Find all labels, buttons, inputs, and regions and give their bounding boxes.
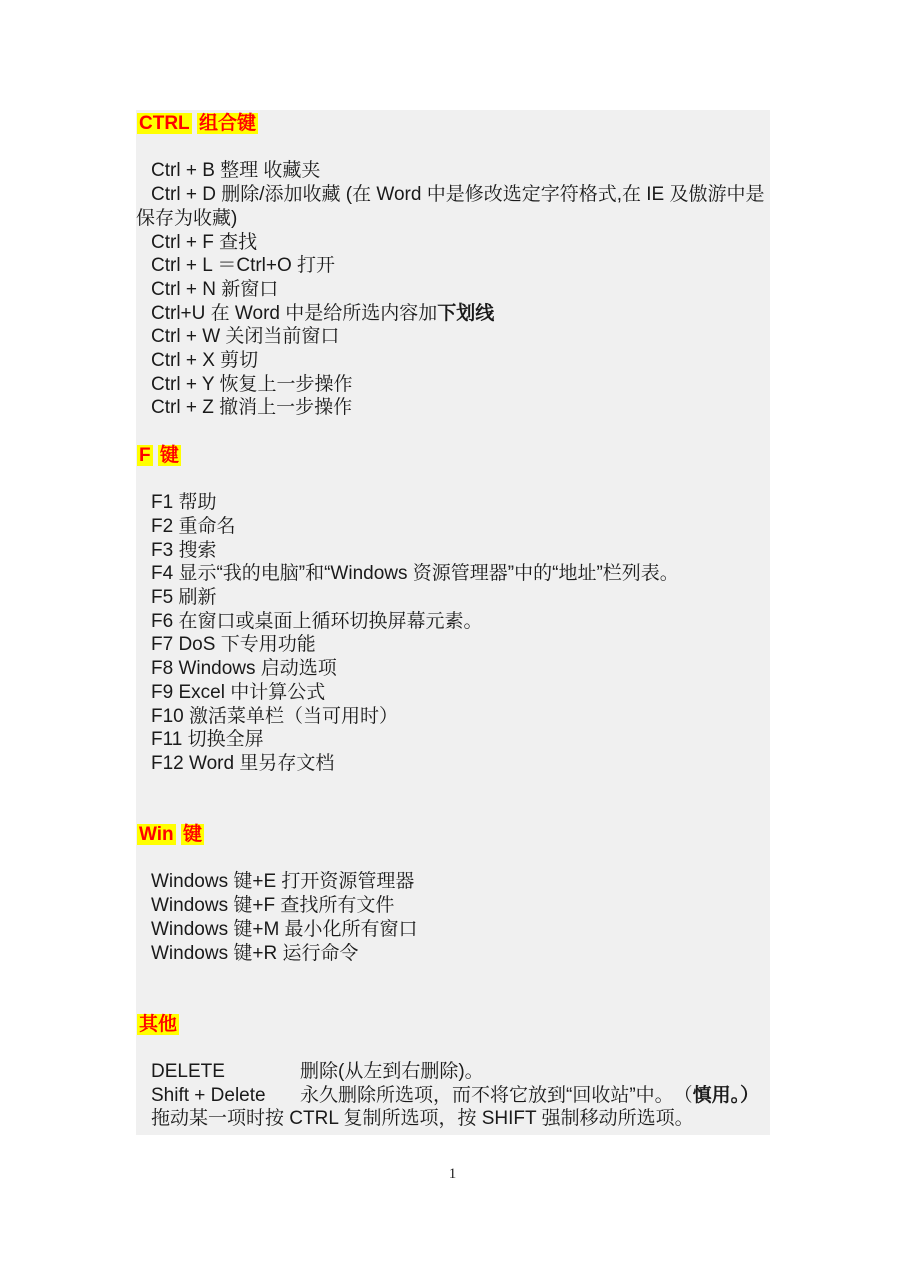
text: 删除(从左到右删除)。 <box>300 1061 484 1082</box>
shortcut-line: Windows 键+F 查找所有文件 <box>136 894 770 918</box>
text: Windows 键+E 打开资源管理器 <box>151 871 414 892</box>
section-heading-win: Win 键 <box>136 823 770 847</box>
shortcut-row: Shift + Delete永久删除所选项，而不将它放到“回收站”中。 （慎用。… <box>136 1084 770 1108</box>
shortcut-line: 拖动某一项时按 CTRL 复制所选项，按 SHIFT 强制移动所选项。 <box>136 1107 770 1131</box>
heading-highlight: 组合键 <box>197 113 258 134</box>
shortcut-line: F4 显示“我的电脑”和“Windows 资源管理器”中的“地址”栏列表。 <box>136 562 770 586</box>
text: F5 刷新 <box>151 587 216 608</box>
section-heading-ctrl: CTRL 组合键 <box>136 112 770 136</box>
text: F7 DoS 下专用功能 <box>151 634 316 655</box>
text: F8 Windows 启动选项 <box>151 658 337 679</box>
shortcut-line: F1 帮助 <box>136 491 770 515</box>
text: F11 切换全屏 <box>151 729 264 750</box>
shortcut-line: F7 DoS 下专用功能 <box>136 633 770 657</box>
heading-highlight: 键 <box>181 824 204 845</box>
text: F2 重命名 <box>151 516 235 537</box>
document-page: { "page": { "number": "1" }, "colors": {… <box>0 0 905 1280</box>
shortcut-line: Ctrl + N 新窗口 <box>136 278 770 302</box>
shortcut-line: F10 激活菜单栏（当可用时） <box>136 705 770 729</box>
text: F9 Excel 中计算公式 <box>151 682 325 703</box>
text: Windows 键+M 最小化所有窗口 <box>151 919 418 940</box>
shortcut-line: F9 Excel 中计算公式 <box>136 681 770 705</box>
heading-highlight: F <box>137 445 153 466</box>
text: 永久删除所选项，而不将它放到“回收站”中。 （ <box>300 1085 693 1106</box>
shortcut-line: F5 刷新 <box>136 586 770 610</box>
section-heading-f: F 键 <box>136 444 770 468</box>
page-footer: 1 <box>0 1166 905 1183</box>
shortcut-line: Windows 键+R 运行命令 <box>136 942 770 966</box>
text: F6 在窗口或桌面上循环切换屏幕元素。 <box>151 611 482 632</box>
shortcut-line: F12 Word 里另存文档 <box>136 752 770 776</box>
shortcut-key: DELETE <box>151 1060 300 1084</box>
content-area: CTRL 组合键Ctrl + B 整理 收藏夹Ctrl + D 删除/添加收藏 … <box>136 110 770 1135</box>
bold-text: 慎用。） <box>693 1085 760 1106</box>
text: Ctrl + D 删除/添加收藏 (在 Word 中是修改选定字符格式,在 IE… <box>136 184 764 229</box>
shortcut-line: Ctrl + F 查找 <box>136 231 770 255</box>
shortcut-line: Ctrl + W 关闭当前窗口 <box>136 325 770 349</box>
text: Ctrl + N 新窗口 <box>151 279 278 300</box>
text: F1 帮助 <box>151 492 216 513</box>
page-number: 1 <box>449 1166 457 1182</box>
text: F12 Word 里另存文档 <box>151 753 334 774</box>
text: Ctrl + W 关闭当前窗口 <box>151 326 339 347</box>
text: Ctrl + F 查找 <box>151 232 257 253</box>
heading-highlight: 其他 <box>137 1014 179 1035</box>
shortcut-line: F2 重命名 <box>136 515 770 539</box>
shortcut-line: Windows 键+M 最小化所有窗口 <box>136 918 770 942</box>
shortcut-line: F11 切换全屏 <box>136 728 770 752</box>
text: Ctrl + Y 恢复上一步操作 <box>151 374 352 395</box>
shortcut-key: Shift + Delete <box>151 1084 300 1108</box>
text: F3 搜索 <box>151 540 216 561</box>
text: F4 显示“我的电脑”和“Windows 资源管理器”中的“地址”栏列表。 <box>151 563 679 584</box>
section-ctrl: CTRL 组合键Ctrl + B 整理 收藏夹Ctrl + D 删除/添加收藏 … <box>136 112 770 420</box>
text: Ctrl+U 在 Word 中是给所选内容加 <box>151 303 437 324</box>
heading-highlight: Win <box>137 824 176 845</box>
shortcut-line: Ctrl+U 在 Word 中是给所选内容加下划线 <box>136 302 770 326</box>
text: Ctrl + L ＝Ctrl+O 打开 <box>151 255 335 276</box>
section-f: F 键F1 帮助F2 重命名F3 搜索F4 显示“我的电脑”和“Windows … <box>136 444 770 776</box>
bold-text: 下划线 <box>437 303 494 324</box>
section-other: 其他DELETE删除(从左到右删除)。Shift + Delete永久删除所选项… <box>136 1013 770 1132</box>
heading-highlight: 键 <box>158 445 181 466</box>
shortcut-line: Ctrl + L ＝Ctrl+O 打开 <box>136 254 770 278</box>
text: F10 激活菜单栏（当可用时） <box>151 706 398 727</box>
text: Windows 键+F 查找所有文件 <box>151 895 394 916</box>
shortcut-line: Ctrl + Z 撤消上一步操作 <box>136 396 770 420</box>
text: Ctrl + B 整理 收藏夹 <box>151 160 320 181</box>
text: Ctrl + X 剪切 <box>151 350 258 371</box>
text: 拖动某一项时按 CTRL 复制所选项，按 SHIFT 强制移动所选项。 <box>151 1108 694 1129</box>
heading-highlight: CTRL <box>137 113 192 134</box>
shortcut-line: Ctrl + X 剪切 <box>136 349 770 373</box>
shortcut-line: F6 在窗口或桌面上循环切换屏幕元素。 <box>136 610 770 634</box>
text: Ctrl + Z 撤消上一步操作 <box>151 397 352 418</box>
text: Windows 键+R 运行命令 <box>151 943 358 964</box>
shortcut-line: Ctrl + B 整理 收藏夹 <box>136 159 770 183</box>
section-heading-other: 其他 <box>136 1013 770 1037</box>
shortcut-line: Ctrl + Y 恢复上一步操作 <box>136 373 770 397</box>
shortcut-line: F3 搜索 <box>136 539 770 563</box>
shortcut-row: DELETE删除(从左到右删除)。 <box>136 1060 770 1084</box>
shortcut-line: Windows 键+E 打开资源管理器 <box>136 870 770 894</box>
shortcut-line: Ctrl + D 删除/添加收藏 (在 Word 中是修改选定字符格式,在 IE… <box>136 183 770 230</box>
section-win: Win 键Windows 键+E 打开资源管理器Windows 键+F 查找所有… <box>136 823 770 965</box>
shortcut-line: F8 Windows 启动选项 <box>136 657 770 681</box>
